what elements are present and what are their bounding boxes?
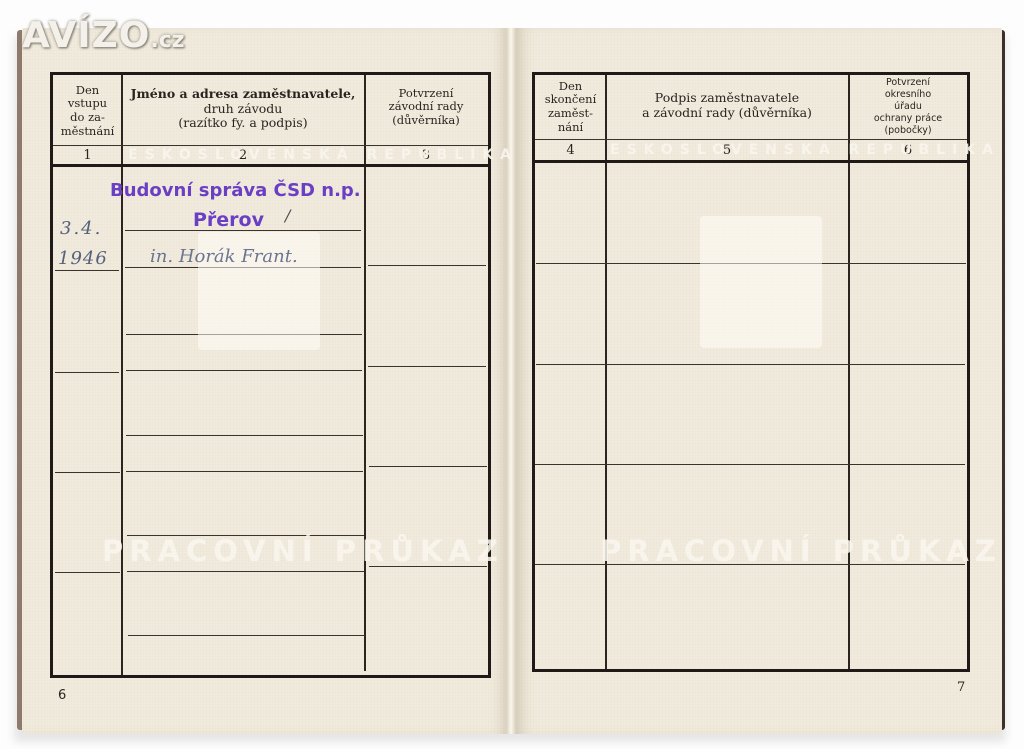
left-col1-row-line (55, 372, 119, 373)
left-col1-row-line (55, 572, 120, 573)
left-col1-row-line (55, 270, 119, 271)
left-col3-row-line (369, 466, 487, 467)
right-emblem-watermark (700, 216, 822, 348)
right-col4-header: Den skončení zaměst- nání (536, 76, 605, 138)
left-col3-header: Potvrzení závodní rady (důvěrníka) (366, 78, 486, 136)
employer-stamp-line1: Budovní správa ČSD n.p. (110, 180, 361, 201)
right-row-line (536, 364, 965, 365)
right-col4-number: 4 (536, 143, 605, 158)
right-col-divider-2 (848, 75, 850, 669)
book-gutter (506, 28, 516, 734)
employer-signature: in. Horák Frant. (150, 246, 298, 267)
left-col2-header: Jméno a adresa zaměstnavatele, druh závo… (123, 78, 363, 140)
right-col6-header: Potvrzení okresního úřadu ochrany práce … (850, 77, 966, 137)
right-col5-header: Podpis zaměstnavatele a závodní rady (dů… (607, 78, 847, 134)
right-col-divider-1 (605, 75, 607, 669)
left-col2-row-line (126, 370, 362, 371)
left-col1-row-line (55, 472, 120, 473)
left-col2-row-line (126, 435, 363, 436)
entry-date-year: 1946 (58, 248, 108, 269)
left-page-watermark: PRACOVNÍ PRŮKAZ (102, 534, 504, 568)
right-page-number: 7 (957, 680, 965, 695)
left-col2-row-line (128, 635, 365, 636)
left-header-bottom-rule (53, 164, 488, 167)
right-band-watermark: ESKOSLOVENSKÁ REPUBLIKA (610, 142, 1000, 158)
scanned-document: Den vstupu do za- městnání Jméno a adres… (0, 0, 1024, 749)
right-header-bottom-rule (535, 160, 967, 163)
left-page-number: 6 (58, 688, 66, 703)
left-col3-row-line (368, 265, 486, 266)
avizo-logo: AVÍZO.cz (22, 18, 185, 54)
right-row-line (535, 464, 965, 465)
left-col2-row-line (127, 571, 364, 572)
left-col2-row-line (126, 471, 363, 472)
left-col1-number: 1 (54, 148, 121, 163)
right-header-separator (535, 139, 967, 140)
left-band-watermark: ESKOSLOVENSKÁ REPUBLIKA (128, 147, 518, 163)
left-col1-header: Den vstupu do za- městnání (54, 78, 121, 144)
stamp-check-mark: / (285, 206, 290, 225)
right-page-watermark: PRACOVNÍ PRŮKAZ (600, 534, 1002, 568)
employer-stamp-line2: Přerov (193, 209, 264, 231)
entry-date-day: 3.4. (60, 218, 102, 239)
left-col3-row-line (368, 366, 486, 367)
